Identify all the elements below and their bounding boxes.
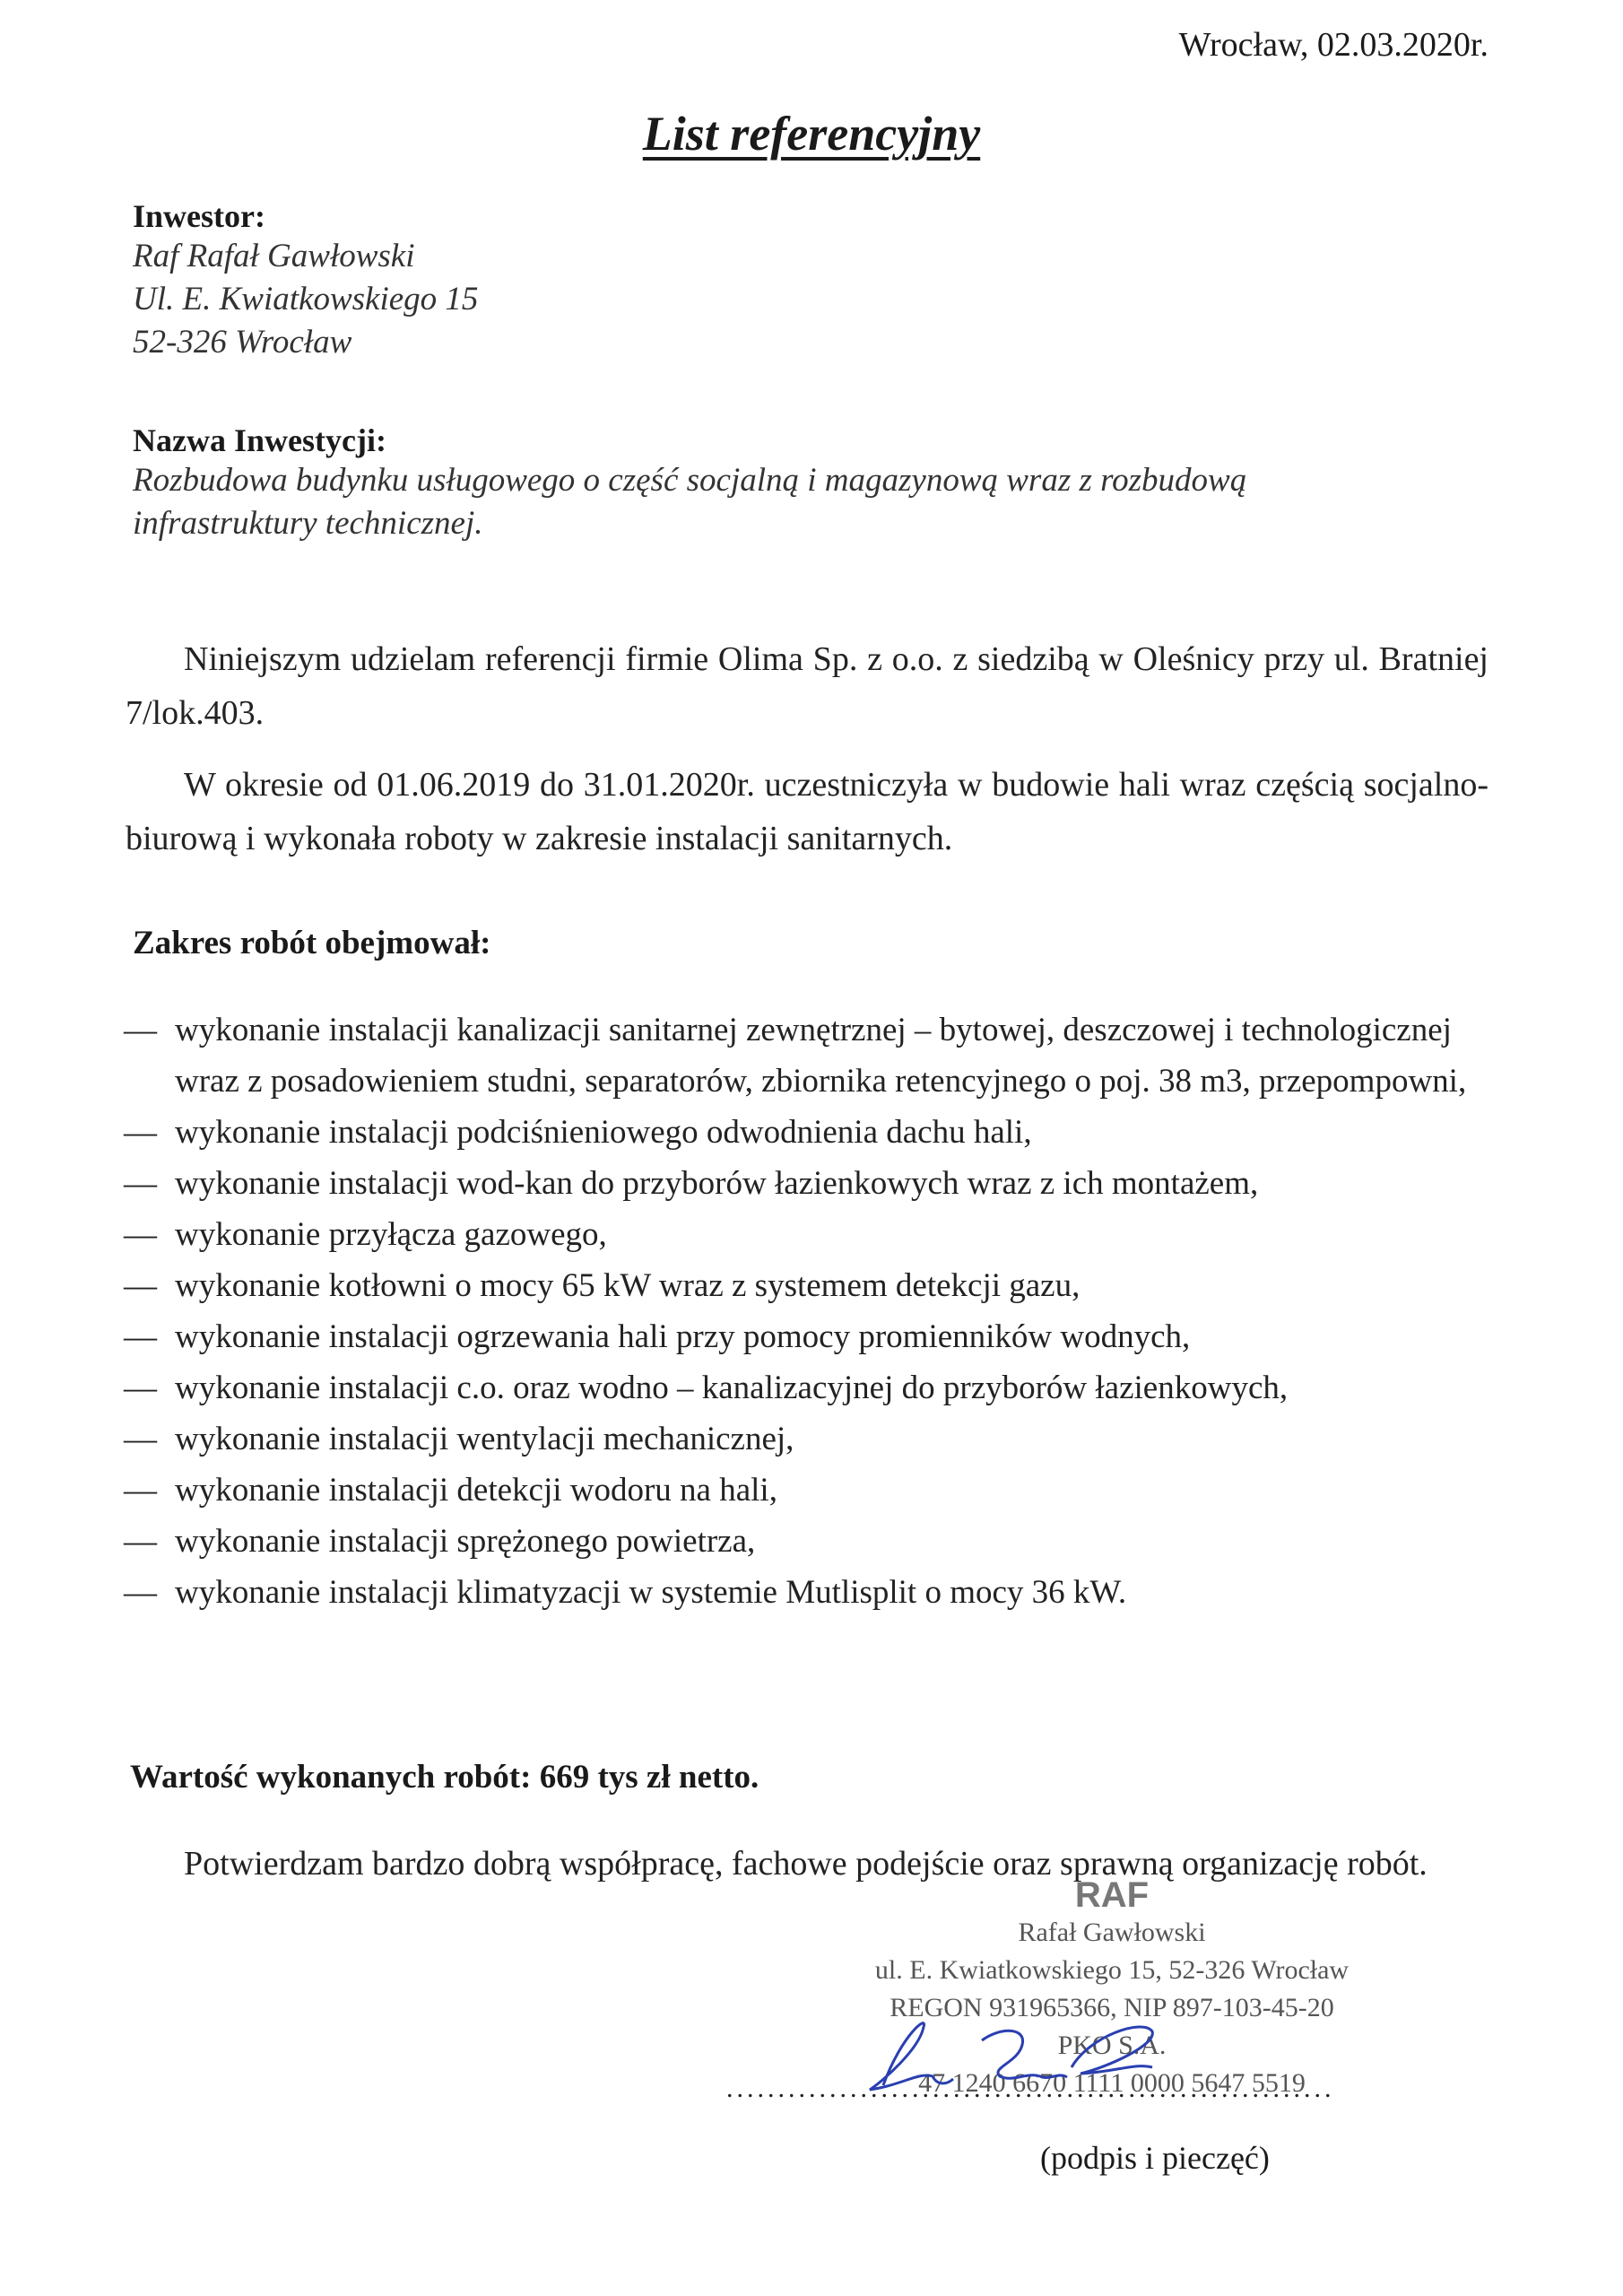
investor-street: Ul. E. Kwiatkowskiego 15 bbox=[133, 278, 478, 321]
dash-bullet-icon: — bbox=[124, 1362, 157, 1413]
scope-item: —wykonanie instalacji wod-kan do przybor… bbox=[126, 1158, 1488, 1209]
scope-item: —wykonanie przyłącza gazowego, bbox=[126, 1209, 1488, 1260]
investor-city: 52-326 Wrocław bbox=[133, 321, 478, 364]
scope-item-text: wykonanie instalacji podciśnieniowego od… bbox=[175, 1114, 1032, 1151]
work-value: Wartość wykonanych robót: 669 tys zł net… bbox=[130, 1758, 759, 1796]
dash-bullet-icon: — bbox=[124, 1107, 157, 1158]
scope-item-text: wykonanie kotłowni o mocy 65 kW wraz z s… bbox=[175, 1267, 1080, 1304]
scope-item-text: wykonanie instalacji wentylacji mechanic… bbox=[175, 1421, 794, 1457]
stamp-logo: RAF bbox=[834, 1876, 1390, 1914]
dash-bullet-icon: — bbox=[124, 1004, 157, 1056]
scope-item: —wykonanie instalacji c.o. oraz wodno – … bbox=[126, 1362, 1488, 1413]
investor-label: Inwestor: bbox=[133, 197, 478, 235]
investment-line-2: infrastruktury technicznej. bbox=[133, 502, 1246, 545]
dash-bullet-icon: — bbox=[124, 1413, 157, 1465]
dash-bullet-icon: — bbox=[124, 1465, 157, 1516]
scope-item-text: wykonanie instalacji ogrzewania hali prz… bbox=[175, 1318, 1190, 1355]
investment-block: Nazwa Inwestycji: Rozbudowa budynku usłu… bbox=[133, 422, 1246, 545]
investment-line-1: Rozbudowa budynku usługowego o część soc… bbox=[133, 459, 1246, 502]
scope-item: —wykonanie instalacji kanalizacji sanita… bbox=[126, 1004, 1488, 1107]
scope-item-text: wykonanie instalacji c.o. oraz wodno – k… bbox=[175, 1370, 1288, 1406]
dash-bullet-icon: — bbox=[124, 1516, 157, 1567]
scope-item: —wykonanie instalacji detekcji wodoru na… bbox=[126, 1465, 1488, 1516]
scope-item-text: wykonanie instalacji detekcji wodoru na … bbox=[175, 1472, 777, 1509]
document-title: List referencyjny bbox=[0, 106, 1623, 161]
scope-item-text: wykonanie instalacji wod-kan do przyboró… bbox=[175, 1165, 1258, 1202]
scope-item-text: wykonanie instalacji sprężonego powietrz… bbox=[175, 1523, 755, 1560]
scope-item-text: wykonanie instalacji kanalizacji sanitar… bbox=[175, 1012, 1466, 1100]
stamp-name: Rafał Gawłowski bbox=[834, 1914, 1390, 1952]
scope-item: —wykonanie instalacji ogrzewania hali pr… bbox=[126, 1311, 1488, 1362]
scope-item: —wykonanie instalacji podciśnieniowego o… bbox=[126, 1107, 1488, 1158]
scope-item-text: wykonanie instalacji klimatyzacji w syst… bbox=[175, 1574, 1126, 1611]
paragraph-reference: Niniejszym udzielam referencji firmie Ol… bbox=[126, 632, 1488, 740]
investor-block: Inwestor: Raf Rafał Gawłowski Ul. E. Kwi… bbox=[133, 197, 478, 364]
scope-item: —wykonanie kotłowni o mocy 65 kW wraz z … bbox=[126, 1260, 1488, 1311]
dash-bullet-icon: — bbox=[124, 1311, 157, 1362]
dash-bullet-icon: — bbox=[124, 1260, 157, 1311]
signature-caption: (podpis i pieczęć) bbox=[1040, 2139, 1270, 2177]
investor-name: Raf Rafał Gawłowski bbox=[133, 235, 478, 278]
place-date: Wrocław, 02.03.2020r. bbox=[1179, 25, 1488, 65]
stamp-address: ul. E. Kwiatkowskiego 15, 52-326 Wrocław bbox=[834, 1952, 1390, 1989]
scope-label: Zakres robót obejmował: bbox=[133, 924, 490, 962]
investment-label: Nazwa Inwestycji: bbox=[133, 422, 1246, 459]
scope-item: —wykonanie instalacji wentylacji mechani… bbox=[126, 1413, 1488, 1465]
dash-bullet-icon: — bbox=[124, 1567, 157, 1618]
dash-bullet-icon: — bbox=[124, 1209, 157, 1260]
scope-item: —wykonanie instalacji sprężonego powietr… bbox=[126, 1516, 1488, 1567]
scope-item-text: wykonanie przyłącza gazowego, bbox=[175, 1216, 607, 1253]
handwritten-signature-icon bbox=[847, 2000, 1224, 2108]
dash-bullet-icon: — bbox=[124, 1158, 157, 1209]
scope-item: —wykonanie instalacji klimatyzacji w sys… bbox=[126, 1567, 1488, 1618]
scope-list: —wykonanie instalacji kanalizacji sanita… bbox=[126, 1004, 1488, 1618]
paragraph-period: W okresie od 01.06.2019 do 31.01.2020r. … bbox=[126, 758, 1488, 865]
